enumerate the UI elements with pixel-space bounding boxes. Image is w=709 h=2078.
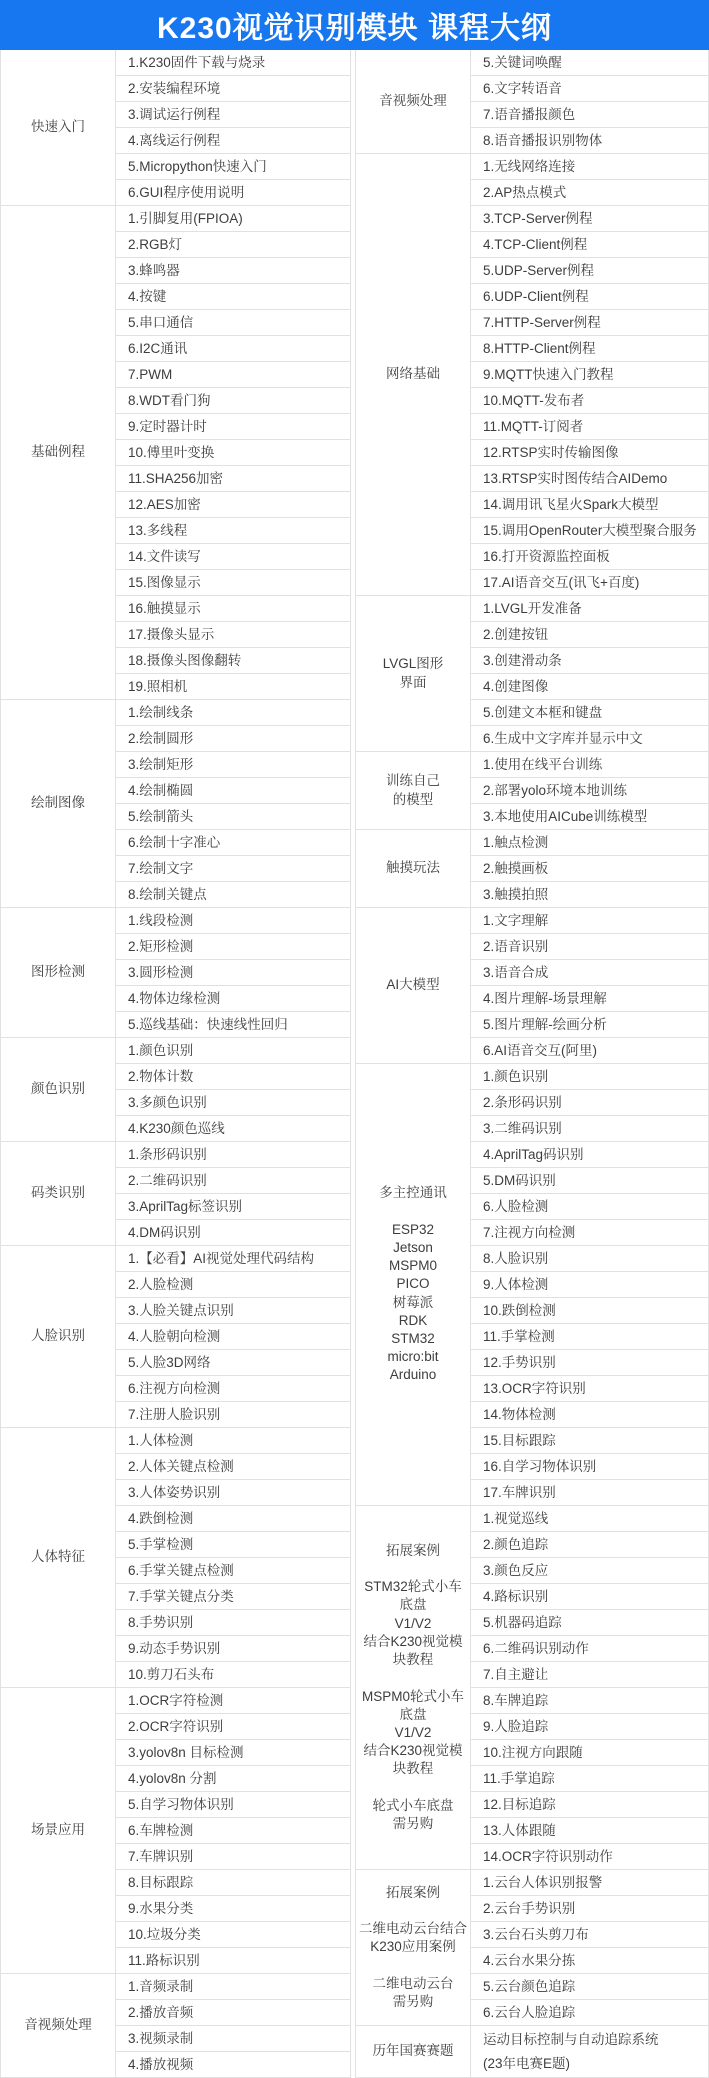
item-row: 7.PWM [116, 362, 350, 388]
category-cell: 绘制图像 [1, 700, 116, 908]
category-cell: 场景应用 [1, 1688, 116, 1974]
item-row: 5.机器码追踪 [471, 1610, 708, 1636]
item-row: 2.RGB灯 [116, 232, 350, 258]
item-row: 5.自学习物体识别 [116, 1792, 350, 1818]
item-row: 1.云台人体识别报警 [471, 1870, 708, 1896]
item-row: 10.垃圾分类 [116, 1922, 350, 1948]
item-row: 14.调用讯飞星火Spark大模型 [471, 492, 708, 518]
item-row: 12.目标追踪 [471, 1792, 708, 1818]
item-row: 16.触摸显示 [116, 596, 350, 622]
item-row: 10.傅里叶变换 [116, 440, 350, 466]
item-row: 11.手掌检测 [471, 1324, 708, 1350]
item-row: 17.摄像头显示 [116, 622, 350, 648]
category-cell: 快速入门 [1, 50, 116, 206]
item-row: 6.UDP-Client例程 [471, 284, 708, 310]
item-row: 10.注视方向跟随 [471, 1740, 708, 1766]
item-row: 3.人体姿势识别 [116, 1480, 350, 1506]
course-section: 训练自己 的模型1.使用在线平台训练2.部署yolo环境本地训练3.本地使用AI… [356, 752, 708, 830]
item-row: 9.定时器计时 [116, 414, 350, 440]
item-row: 11.手掌追踪 [471, 1766, 708, 1792]
category-cell: 图形检测 [1, 908, 116, 1038]
item-row: 1.LVGL开发准备 [471, 596, 708, 622]
category-cell: 网络基础 [356, 154, 471, 596]
item-row: 16.打开资源监控面板 [471, 544, 708, 570]
item-row: 1.颜色识别 [471, 1064, 708, 1090]
item-row: 13.RTSP实时图传结合AIDemo [471, 466, 708, 492]
item-row: 4.物体边缘检测 [116, 986, 350, 1012]
item-row: 5.关键词唤醒 [471, 50, 708, 76]
item-row: 2.矩形检测 [116, 934, 350, 960]
item-row: 3.语音合成 [471, 960, 708, 986]
category-cell: 音视频处理 [1, 1974, 116, 2078]
item-row: 14.OCR字符识别动作 [471, 1844, 708, 1870]
category-cell: AI大模型 [356, 908, 471, 1064]
item-row: 1.音频录制 [116, 1974, 350, 2000]
item-row: 3.调试运行例程 [116, 102, 350, 128]
item-row: 6.GUI程序使用说明 [116, 180, 350, 206]
item-row: 12.AES加密 [116, 492, 350, 518]
item-row: 19.照相机 [116, 674, 350, 700]
item-row: 4.创建图像 [471, 674, 708, 700]
item-row: 3.TCP-Server例程 [471, 206, 708, 232]
item-row: 2.触摸画板 [471, 856, 708, 882]
item-row: 3.本地使用AICube训练模型 [471, 804, 708, 830]
item-row: 3.蜂鸣器 [116, 258, 350, 284]
item-row: 3.二维码识别 [471, 1116, 708, 1142]
course-section: 图形检测1.线段检测2.矩形检测3.圆形检测4.物体边缘检测5.巡线基础：快速线… [1, 908, 350, 1038]
item-row: 1.文字理解 [471, 908, 708, 934]
items-list: 5.关键词唤醒6.文字转语音7.语音播报颜色8.语音播报识别物体 [471, 50, 708, 154]
item-row: 2.二维码识别 [116, 1168, 350, 1194]
item-row: 15.调用OpenRouter大模型聚合服务 [471, 518, 708, 544]
item-row: 13.OCR字符识别 [471, 1376, 708, 1402]
items-list: 1.触点检测2.触摸画板3.触摸拍照 [471, 830, 708, 908]
category-cell: 多主控通讯 ESP32 Jetson MSPM0 PICO 树莓派 RDK ST… [356, 1064, 471, 1506]
category-cell: 人脸识别 [1, 1246, 116, 1428]
category-cell: 音视频处理 [356, 50, 471, 154]
item-row: 13.人体跟随 [471, 1818, 708, 1844]
item-row: 11.路标识别 [116, 1948, 350, 1974]
items-list: 1.颜色识别2.条形码识别3.二维码识别4.AprilTag码识别5.DM码识别… [471, 1064, 708, 1506]
category-cell: 人体特征 [1, 1428, 116, 1688]
item-row: 13.多线程 [116, 518, 350, 544]
items-list: 1.LVGL开发准备2.创建按钮3.创建滑动条4.创建图像5.创建文本框和键盘6… [471, 596, 708, 752]
course-section: LVGL图形 界面1.LVGL开发准备2.创建按钮3.创建滑动条4.创建图像5.… [356, 596, 708, 752]
item-row: 3.绘制矩形 [116, 752, 350, 778]
items-list: 1.视觉巡线2.颜色追踪3.颜色反应4.路标识别5.机器码追踪6.二维码识别动作… [471, 1506, 708, 1870]
items-list: 1.条形码识别2.二维码识别3.AprilTag标签识别4.DM码识别 [116, 1142, 350, 1246]
item-row: 17.车牌识别 [471, 1480, 708, 1506]
item-row: 4.绘制椭圆 [116, 778, 350, 804]
item-row: 5.绘制箭头 [116, 804, 350, 830]
items-list: 1.K230固件下载与烧录2.安装编程环境3.调试运行例程4.离线运行例程5.M… [116, 50, 350, 206]
course-section: 绘制图像1.绘制线条2.绘制圆形3.绘制矩形4.绘制椭圆5.绘制箭头6.绘制十字… [1, 700, 350, 908]
item-row: 8.语音播报识别物体 [471, 128, 708, 154]
course-section: 音视频处理1.音频录制2.播放音频3.视频录制4.播放视频 [1, 1974, 350, 2078]
item-row: 6.注视方向检测 [116, 1376, 350, 1402]
item-row: 12.RTSP实时传输图像 [471, 440, 708, 466]
item-row: 11.MQTT-订阅者 [471, 414, 708, 440]
course-section: 触摸玩法1.触点检测2.触摸画板3.触摸拍照 [356, 830, 708, 908]
items-list: 1.人体检测2.人体关键点检测3.人体姿势识别4.跌倒检测5.手掌检测6.手掌关… [116, 1428, 350, 1688]
item-row: 7.HTTP-Server例程 [471, 310, 708, 336]
items-list: 运动目标控制与自动追踪系统 (23年电赛E题) [471, 2026, 708, 2078]
item-row: 9.MQTT快速入门教程 [471, 362, 708, 388]
item-row: 3.圆形检测 [116, 960, 350, 986]
item-row: 5.创建文本框和键盘 [471, 700, 708, 726]
item-row: 1.使用在线平台训练 [471, 752, 708, 778]
item-row: 8.车牌追踪 [471, 1688, 708, 1714]
items-list: 1.无线网络连接2.AP热点模式3.TCP-Server例程4.TCP-Clie… [471, 154, 708, 596]
item-row: 7.注视方向检测 [471, 1220, 708, 1246]
category-cell: 颜色识别 [1, 1038, 116, 1142]
item-row: 2.创建按钮 [471, 622, 708, 648]
item-row: 3.AprilTag标签识别 [116, 1194, 350, 1220]
course-section: AI大模型1.文字理解2.语音识别3.语音合成4.图片理解-场景理解5.图片理解… [356, 908, 708, 1064]
item-row: 5.DM码识别 [471, 1168, 708, 1194]
items-list: 1.引脚复用(FPIOA)2.RGB灯3.蜂鸣器4.按键5.串口通信6.I2C通… [116, 206, 350, 700]
item-row: 9.人体检测 [471, 1272, 708, 1298]
item-row: 4.路标识别 [471, 1584, 708, 1610]
item-row: 6.云台人脸追踪 [471, 2000, 708, 2026]
item-row: 5.Micropython快速入门 [116, 154, 350, 180]
item-row: 1.【必看】AI视觉处理代码结构 [116, 1246, 350, 1272]
course-section: 基础例程1.引脚复用(FPIOA)2.RGB灯3.蜂鸣器4.按键5.串口通信6.… [1, 206, 350, 700]
item-row: 4.云台水果分拣 [471, 1948, 708, 1974]
item-row: 2.播放音频 [116, 2000, 350, 2026]
item-row: 5.UDP-Server例程 [471, 258, 708, 284]
item-row: 4.离线运行例程 [116, 128, 350, 154]
item-row: 3.创建滑动条 [471, 648, 708, 674]
category-cell: 基础例程 [1, 206, 116, 700]
item-row: 4.TCP-Client例程 [471, 232, 708, 258]
item-row: 1.引脚复用(FPIOA) [116, 206, 350, 232]
category-cell: 拓展案例 二维电动云台结合 K230应用案例 二维电动云台 需另购 [356, 1870, 471, 2026]
item-row: 3.颜色反应 [471, 1558, 708, 1584]
item-row: 4.DM码识别 [116, 1220, 350, 1246]
item-row: 18.摄像头图像翻转 [116, 648, 350, 674]
item-row: 8.人脸识别 [471, 1246, 708, 1272]
item-row: 1.线段检测 [116, 908, 350, 934]
item-row: 8.手势识别 [116, 1610, 350, 1636]
item-row: 5.人脸3D网络 [116, 1350, 350, 1376]
item-row: 3.云台石头剪刀布 [471, 1922, 708, 1948]
item-row: 2.OCR字符识别 [116, 1714, 350, 1740]
item-row: 14.物体检测 [471, 1402, 708, 1428]
item-row: 15.目标跟踪 [471, 1428, 708, 1454]
item-row: 5.巡线基础：快速线性回归 [116, 1012, 350, 1038]
item-row: 11.SHA256加密 [116, 466, 350, 492]
item-row: 2.绘制圆形 [116, 726, 350, 752]
item-row: 5.串口通信 [116, 310, 350, 336]
item-row: 4.播放视频 [116, 2052, 350, 2078]
item-row: 8.绘制关键点 [116, 882, 350, 908]
item-row: 2.部署yolo环境本地训练 [471, 778, 708, 804]
course-section: 拓展案例 STM32轮式小车底盘 V1/V2 结合K230视觉模块教程 MSPM… [356, 1506, 708, 1870]
course-section: 人体特征1.人体检测2.人体关键点检测3.人体姿势识别4.跌倒检测5.手掌检测6… [1, 1428, 350, 1688]
item-row: 10.跌倒检测 [471, 1298, 708, 1324]
item-row: 3.yolov8n 目标检测 [116, 1740, 350, 1766]
course-section: 网络基础1.无线网络连接2.AP热点模式3.TCP-Server例程4.TCP-… [356, 154, 708, 596]
item-row: 2.条形码识别 [471, 1090, 708, 1116]
item-row: 9.水果分类 [116, 1896, 350, 1922]
item-row: 1.视觉巡线 [471, 1506, 708, 1532]
item-row: 10.MQTT-发布者 [471, 388, 708, 414]
item-row: 1.K230固件下载与烧录 [116, 50, 350, 76]
item-row: 15.图像显示 [116, 570, 350, 596]
item-row: 1.条形码识别 [116, 1142, 350, 1168]
item-row: 1.OCR字符检测 [116, 1688, 350, 1714]
item-row: 6.AI语音交互(阿里) [471, 1038, 708, 1064]
course-section: 多主控通讯 ESP32 Jetson MSPM0 PICO 树莓派 RDK ST… [356, 1064, 708, 1506]
course-table-left: 快速入门1.K230固件下载与烧录2.安装编程环境3.调试运行例程4.离线运行例… [0, 50, 351, 2078]
item-row: 16.自学习物体识别 [471, 1454, 708, 1480]
item-row: 7.手掌关键点分类 [116, 1584, 350, 1610]
item-row: 4.按键 [116, 284, 350, 310]
item-row: 8.目标跟踪 [116, 1870, 350, 1896]
items-list: 1.OCR字符检测2.OCR字符识别3.yolov8n 目标检测4.yolov8… [116, 1688, 350, 1974]
course-outline-page: K230视觉识别模块 课程大纲 快速入门1.K230固件下载与烧录2.安装编程环… [0, 0, 709, 2078]
page-header: K230视觉识别模块 课程大纲 [0, 0, 709, 50]
item-row: 1.触点检测 [471, 830, 708, 856]
course-section: 场景应用1.OCR字符检测2.OCR字符识别3.yolov8n 目标检测4.yo… [1, 1688, 350, 1974]
course-table-right: 音视频处理5.关键词唤醒6.文字转语音7.语音播报颜色8.语音播报识别物体网络基… [355, 50, 709, 2078]
items-list: 1.使用在线平台训练2.部署yolo环境本地训练3.本地使用AICube训练模型 [471, 752, 708, 830]
course-section: 历年国赛赛题运动目标控制与自动追踪系统 (23年电赛E题) [356, 2026, 708, 2078]
category-cell: 码类识别 [1, 1142, 116, 1246]
page-title: K230视觉识别模块 课程大纲 [157, 3, 552, 47]
course-section: 人脸识别1.【必看】AI视觉处理代码结构2.人脸检测3.人脸关键点识别4.人脸朝… [1, 1246, 350, 1428]
category-cell: 历年国赛赛题 [356, 2026, 471, 2078]
category-cell: 训练自己 的模型 [356, 752, 471, 830]
items-list: 1.绘制线条2.绘制圆形3.绘制矩形4.绘制椭圆5.绘制箭头6.绘制十字准心7.… [116, 700, 350, 908]
item-row: 14.文件读写 [116, 544, 350, 570]
item-row: 6.I2C通讯 [116, 336, 350, 362]
item-row: 2.安装编程环境 [116, 76, 350, 102]
item-row: 1.颜色识别 [116, 1038, 350, 1064]
category-cell: 拓展案例 STM32轮式小车底盘 V1/V2 结合K230视觉模块教程 MSPM… [356, 1506, 471, 1870]
items-list: 1.颜色识别2.物体计数3.多颜色识别4.K230颜色巡线 [116, 1038, 350, 1142]
item-row: 9.动态手势识别 [116, 1636, 350, 1662]
item-row: 10.剪刀石头布 [116, 1662, 350, 1688]
item-row: 4.图片理解-场景理解 [471, 986, 708, 1012]
item-row: 2.人体关键点检测 [116, 1454, 350, 1480]
item-row: 3.视频录制 [116, 2026, 350, 2052]
item-row: 1.绘制线条 [116, 700, 350, 726]
item-row: 2.人脸检测 [116, 1272, 350, 1298]
item-row: 3.触摸拍照 [471, 882, 708, 908]
item-row: 8.WDT看门狗 [116, 388, 350, 414]
course-section: 音视频处理5.关键词唤醒6.文字转语音7.语音播报颜色8.语音播报识别物体 [356, 50, 708, 154]
item-row: 4.AprilTag码识别 [471, 1142, 708, 1168]
item-row: 5.图片理解-绘画分析 [471, 1012, 708, 1038]
item-row: 8.HTTP-Client例程 [471, 336, 708, 362]
item-row: 6.车牌检测 [116, 1818, 350, 1844]
item-row: 12.手势识别 [471, 1350, 708, 1376]
item-row: 4.yolov8n 分割 [116, 1766, 350, 1792]
item-row: 4.K230颜色巡线 [116, 1116, 350, 1142]
item-row: 3.人脸关键点识别 [116, 1298, 350, 1324]
item-row: 2.语音识别 [471, 934, 708, 960]
item-row: 2.云台手势识别 [471, 1896, 708, 1922]
item-row: 9.人脸追踪 [471, 1714, 708, 1740]
course-section: 快速入门1.K230固件下载与烧录2.安装编程环境3.调试运行例程4.离线运行例… [1, 50, 350, 206]
item-row: 4.跌倒检测 [116, 1506, 350, 1532]
items-list: 1.文字理解2.语音识别3.语音合成4.图片理解-场景理解5.图片理解-绘画分析… [471, 908, 708, 1064]
item-row: 7.自主避让 [471, 1662, 708, 1688]
item-row: 1.人体检测 [116, 1428, 350, 1454]
course-section: 码类识别1.条形码识别2.二维码识别3.AprilTag标签识别4.DM码识别 [1, 1142, 350, 1246]
item-row: 6.人脸检测 [471, 1194, 708, 1220]
category-cell: LVGL图形 界面 [356, 596, 471, 752]
item-row: 3.多颜色识别 [116, 1090, 350, 1116]
item-row: 运动目标控制与自动追踪系统 (23年电赛E题) [471, 2026, 708, 2078]
item-row: 6.文字转语音 [471, 76, 708, 102]
item-row: 6.手掌关键点检测 [116, 1558, 350, 1584]
item-row: 6.绘制十字准心 [116, 830, 350, 856]
item-row: 1.无线网络连接 [471, 154, 708, 180]
item-row: 2.AP热点模式 [471, 180, 708, 206]
item-row: 7.注册人脸识别 [116, 1402, 350, 1428]
item-row: 7.绘制文字 [116, 856, 350, 882]
items-list: 1.音频录制2.播放音频3.视频录制4.播放视频 [116, 1974, 350, 2078]
item-row: 2.物体计数 [116, 1064, 350, 1090]
course-section: 拓展案例 二维电动云台结合 K230应用案例 二维电动云台 需另购1.云台人体识… [356, 1870, 708, 2026]
items-list: 1.云台人体识别报警2.云台手势识别3.云台石头剪刀布4.云台水果分拣5.云台颜… [471, 1870, 708, 2026]
course-section: 颜色识别1.颜色识别2.物体计数3.多颜色识别4.K230颜色巡线 [1, 1038, 350, 1142]
item-row: 2.颜色追踪 [471, 1532, 708, 1558]
item-row: 4.人脸朝向检测 [116, 1324, 350, 1350]
item-row: 6.生成中文字库并显示中文 [471, 726, 708, 752]
item-row: 5.云台颜色追踪 [471, 1974, 708, 2000]
outline-tables: 快速入门1.K230固件下载与烧录2.安装编程环境3.调试运行例程4.离线运行例… [0, 50, 709, 2078]
item-row: 7.车牌识别 [116, 1844, 350, 1870]
item-row: 6.二维码识别动作 [471, 1636, 708, 1662]
item-row: 7.语音播报颜色 [471, 102, 708, 128]
items-list: 1.【必看】AI视觉处理代码结构2.人脸检测3.人脸关键点识别4.人脸朝向检测5… [116, 1246, 350, 1428]
items-list: 1.线段检测2.矩形检测3.圆形检测4.物体边缘检测5.巡线基础：快速线性回归 [116, 908, 350, 1038]
item-row: 5.手掌检测 [116, 1532, 350, 1558]
item-row: 17.AI语音交互(讯飞+百度) [471, 570, 708, 596]
category-cell: 触摸玩法 [356, 830, 471, 908]
